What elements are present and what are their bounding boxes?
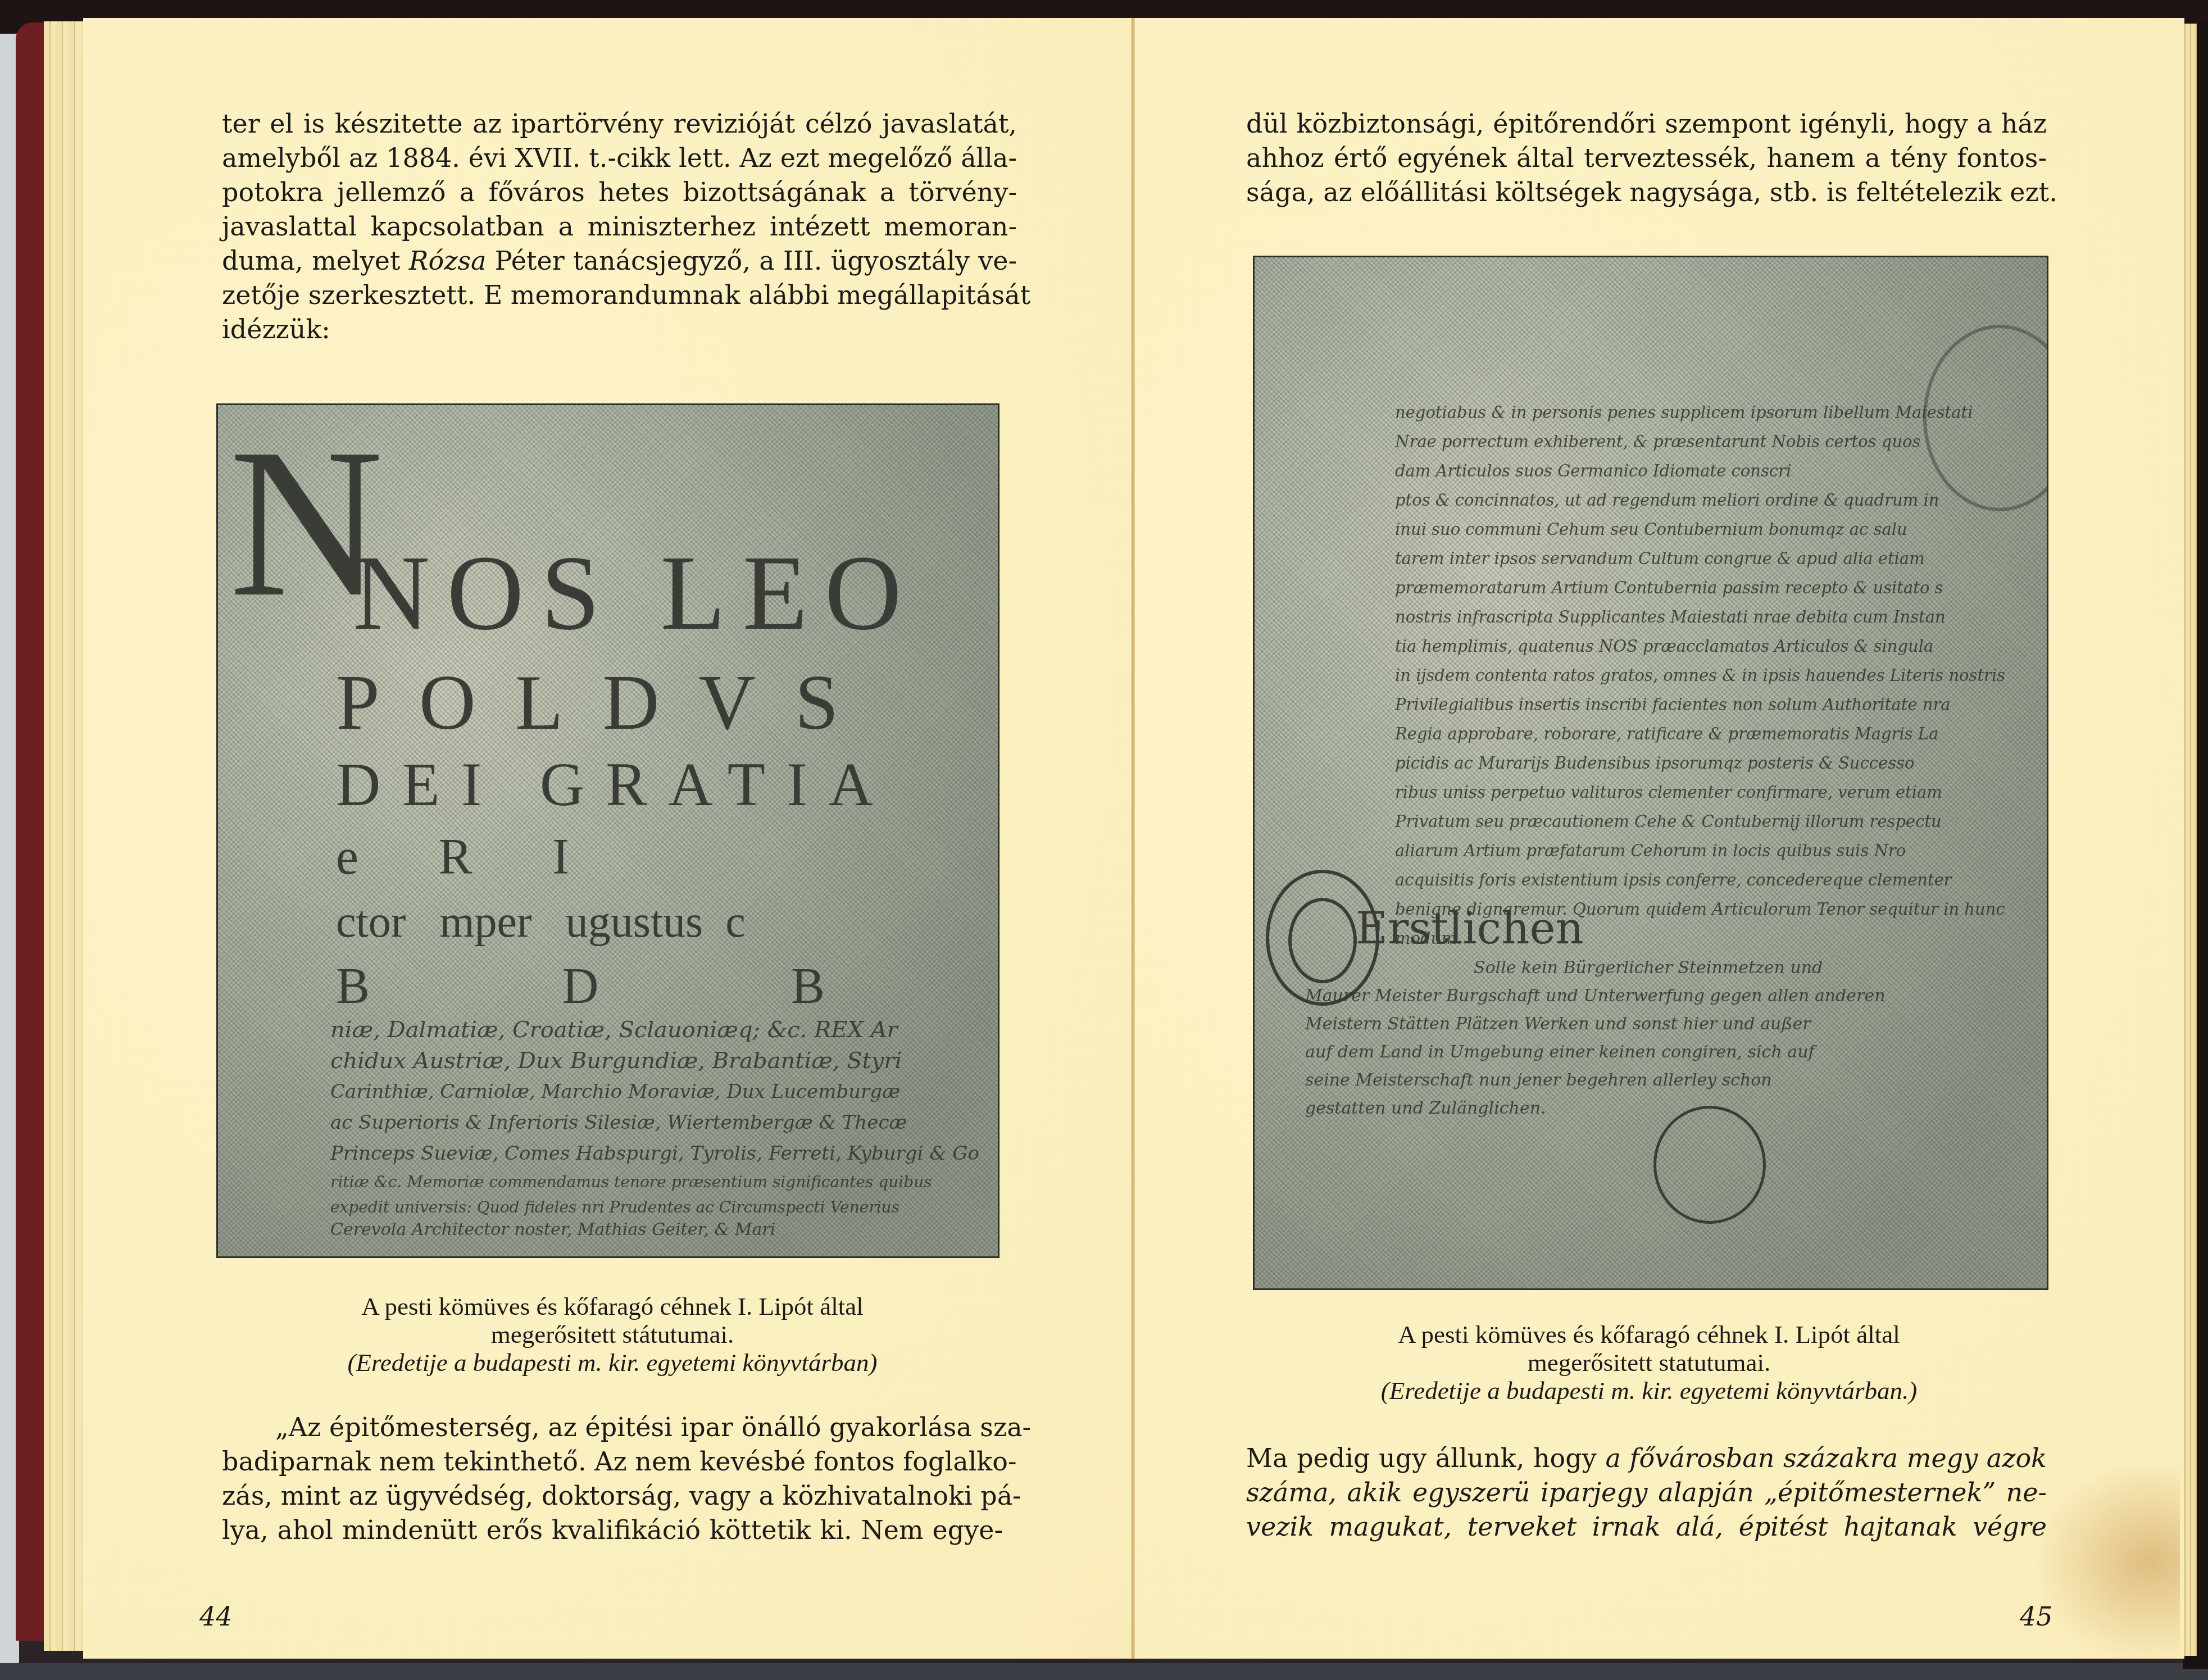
plate-text-line: ptos & concinnatos, ut ad regendum melio…	[1395, 485, 2005, 515]
right-top-paragraph: dül közbiztonsági, épitőrendőri szempont…	[1246, 107, 2047, 210]
caption-source: (Eredetije a budapesti m. kir. egyetemi …	[1292, 1377, 2006, 1405]
left-figure-caption: A pesti kömüves és kőfaragó céhnek I. Li…	[247, 1292, 978, 1377]
caption-source: (Eredetije a budapesti m. kir. egyetemi …	[247, 1348, 978, 1377]
plate-latin-text: negotiabus & in personis penes supplicem…	[1395, 398, 2005, 953]
plate-text-line: negotiabus & in personis penes supplicem…	[1395, 398, 2005, 427]
plate-text-line: gestatten und Zulänglichen.	[1305, 1095, 1886, 1123]
plate-heading-4: e R I	[336, 832, 603, 883]
italic-emphasis: vezik magukat, terveket irnak alá, épité…	[1246, 1511, 2047, 1542]
text-line: javaslattal kapcsolatban a miniszterhez …	[222, 210, 1017, 244]
text-line: zás, mint az ügyvédség, doktorság, vagy …	[222, 1479, 1003, 1513]
italic-emphasis: száma, akik egyszerü iparjegy alapján „é…	[1246, 1477, 2047, 1508]
paper-stain	[2034, 1461, 2180, 1663]
text-line: száma, akik egyszerü iparjegy alapján „é…	[1246, 1475, 2047, 1510]
left-top-paragraph: ter el is készitette az ipartörvény revi…	[222, 107, 1017, 347]
plate-body-line: Carinthiæ, Carniolæ, Marchio Moraviæ, Du…	[330, 1077, 900, 1107]
text-line: zetője szerkesztett. E memorandumnak alá…	[222, 278, 1017, 312]
text-line: lya, ahol mindenütt erős kvalifikáció kö…	[222, 1513, 1003, 1547]
plate-german-text: Solle kein Bürgerlicher Steinmetzen und …	[1305, 954, 1886, 1123]
plate-text-line: acquisitis foris existentium ipsis confe…	[1395, 865, 2005, 895]
right-bottom-paragraph: Ma pedig ugy állunk, hogy a fővárosban s…	[1246, 1441, 2047, 1544]
plate-text-line: in ijsdem contenta ratos gratos, omnes &…	[1395, 661, 2005, 690]
plate-text-line: Maurer Meister Burgschaft und Unterwerfu…	[1305, 982, 1886, 1010]
plate-text-line: picidis ac Murarijs Budensibus ipsorumqz…	[1395, 748, 2005, 778]
right-figure-caption: A pesti kömüves és kőfaragó céhnek I. Li…	[1292, 1320, 2006, 1405]
plate-heading-2: POLDVS	[336, 664, 878, 742]
plate-text-line: auf dem Land in Umgebung einer keinen co…	[1305, 1038, 1886, 1066]
text-line: ahhoz értő egyének által terveztessék, h…	[1246, 141, 2047, 175]
document-facsimile-left: N NOS LEO POLDVS DEI GRATIA e R I ctor m…	[216, 403, 999, 1258]
left-bottom-paragraph: „Az épitőmesterség, az épitési ipar önál…	[222, 1410, 1003, 1547]
caption-line: megerősitett státutumai.	[247, 1320, 978, 1348]
text-line: potokra jellemző a főváros hetes bizotts…	[222, 175, 1017, 210]
plate-text-line: Privatum seu præcautionem Cehe & Contube…	[1395, 807, 2005, 836]
plate-text-line: Solle kein Bürgerlicher Steinmetzen und	[1305, 954, 1886, 982]
page-stack-left	[44, 21, 89, 1651]
library-stamp-seal	[1653, 1106, 1766, 1224]
plate-text-line: tarem inter ipsos servandum Cultum congr…	[1395, 544, 2005, 573]
plate-body-line: ac Superioris & Inferioris Silesiæ, Wier…	[330, 1107, 907, 1138]
plate-text-line: inui suo communi Cehum seu Contubernium …	[1395, 515, 2005, 544]
caption-line: A pesti kömüves és kőfaragó céhnek I. Li…	[247, 1292, 978, 1320]
text-line: amelyből az 1884. évi XVII. t.-cikk lett…	[222, 141, 1017, 175]
text-line: „Az épitőmesterség, az épitési ipar önál…	[222, 1410, 1003, 1445]
text-segment: Péter tanácsjegyző, a III. ügyosztály ve…	[495, 246, 1017, 276]
text-segment: duma, melyet	[222, 246, 400, 276]
italic-name: Rózsa	[409, 246, 487, 276]
plate-body-line: chidux Austriæ, Dux Burgundiæ, Brabantiæ…	[330, 1046, 902, 1077]
text-line: vezik magukat, terveket irnak alá, épité…	[1246, 1510, 2047, 1544]
plate-text-line: ribus uniss perpetuo valituros clementer…	[1395, 778, 2005, 807]
scan-background-bottom	[0, 1663, 2208, 1680]
plate-body-line: Cerevola Architector noster, Mathias Gei…	[330, 1214, 775, 1245]
text-line: badiparnak nem tekinthető. Az nem kevésb…	[222, 1445, 1003, 1479]
german-heading: Erstlichen	[1356, 903, 1584, 954]
text-line: idézzük:	[222, 312, 1017, 347]
plate-heading-1: NOS LEO	[353, 540, 919, 647]
text-segment: Ma pedig ugy állunk, hogy	[1246, 1443, 1597, 1473]
plate-body-line: Princeps Sueviæ, Comes Habspurgi, Tyroli…	[330, 1138, 979, 1169]
page-number-left: 44	[199, 1601, 233, 1632]
caption-line: A pesti kömüves és kőfaragó céhnek I. Li…	[1292, 1320, 2006, 1348]
text-line: duma, melyet Rózsa Péter tanácsjegyző, a…	[222, 244, 1017, 278]
text-line: Ma pedig ugy állunk, hogy a fővárosban s…	[1246, 1441, 2047, 1475]
text-line: dül közbiztonsági, épitőrendőri szempont…	[1246, 107, 2047, 141]
text-line: sága, az előállitási költségek nagysága,…	[1246, 175, 2047, 210]
plate-text-line: seine Meisterschaft nun jener begehren a…	[1305, 1066, 1886, 1095]
plate-text-line: Privilegialibus insertis inscribi facien…	[1395, 690, 2005, 719]
text-line: ter el is készitette az ipartörvény revi…	[222, 107, 1017, 141]
plate-heading-3: DEI GRATIA	[336, 753, 894, 815]
book-gutter	[1132, 18, 1135, 1659]
plate-text-line: nostris infrascripta Supplicantes Maiest…	[1395, 602, 2005, 632]
plate-text-line: præmemoratarum Artium Contubernia passim…	[1395, 573, 2005, 602]
plate-text-line: aliarum Artium præfatarum Cehorum in loc…	[1395, 836, 2005, 865]
page-number-right: 45	[2020, 1601, 2053, 1632]
plate-body-line: niæ, Dalmatiæ, Croatiæ, Sclauoniæq; &c. …	[330, 1015, 898, 1046]
plate-heading-6: B D B	[336, 961, 915, 1012]
italic-emphasis: a fővárosban százakra megy azok	[1605, 1443, 2047, 1473]
plate-text-line: tia hemplimis, quatenus NOS præacclamato…	[1395, 632, 2005, 661]
caption-line: megerősitett statutumai.	[1292, 1348, 2006, 1377]
plate-heading-5: ctor mper ugustus c	[336, 900, 746, 945]
plate-text-line: Regia approbare, roborare, ratificare & …	[1395, 719, 2005, 748]
plate-text-line: Nrae porrectum exhiberent, & præsentarun…	[1395, 427, 2005, 456]
document-facsimile-right: negotiabus & in personis penes supplicem…	[1253, 256, 2048, 1290]
plate-text-line: dam Articulos suos Germanico Idiomate co…	[1395, 456, 2005, 485]
plate-text-line: Meistern Stätten Plätzen Werken und sons…	[1305, 1010, 1886, 1038]
